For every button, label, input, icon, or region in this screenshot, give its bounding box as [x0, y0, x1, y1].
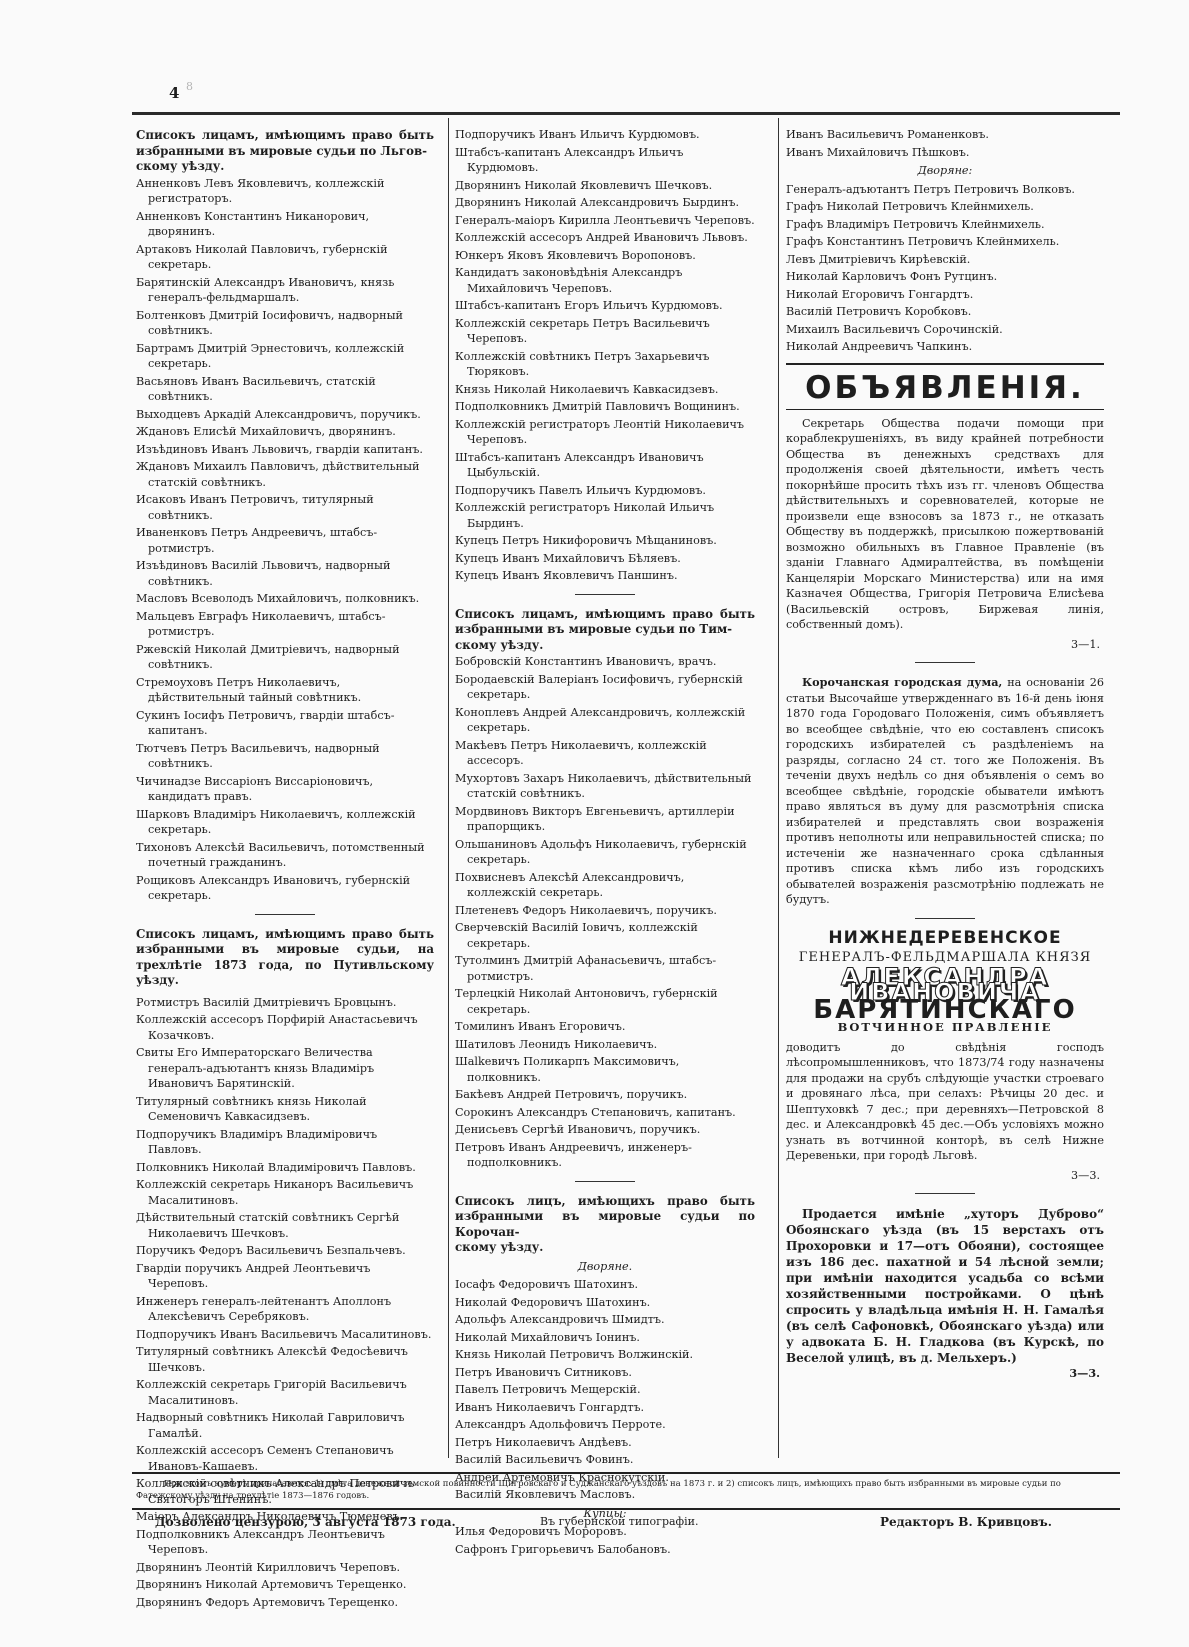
page-mark: 8 — [186, 80, 193, 93]
list-item: Штабсъ-капитанъ Александръ Ильичъ Курдюм… — [455, 145, 755, 176]
list-item: Коллежскій регистраторъ Николай Ильичъ Б… — [455, 500, 755, 531]
list-item: Шаlkевичъ Поликарпъ Максимовичъ, полковн… — [455, 1054, 755, 1085]
list-item: Сорокинъ Александръ Степановичъ, капитан… — [455, 1105, 755, 1121]
list-item: Николай Карловичъ Фонъ Рутцинъ. — [786, 269, 1104, 285]
list-item: Василій Васильевичъ Фовинъ. — [455, 1452, 755, 1468]
section-divider — [575, 1181, 635, 1182]
list-item: Купецъ Иванъ Яковлевичъ Паншинъ. — [455, 568, 755, 584]
list-item: Николай Федоровичъ Шатохинъ. — [455, 1295, 755, 1311]
list-item: Коллежскій ассесоръ Андрей Ивановичъ Льв… — [455, 230, 755, 246]
list-item: Сукинъ Іосифъ Петровичъ, гвардіи штабсъ-… — [136, 708, 434, 739]
list-item: Петровъ Иванъ Андреевичъ, инженеръ-подпо… — [455, 1140, 755, 1171]
list-item: Александръ Адольфовичъ Перроте. — [455, 1417, 755, 1433]
list-item: Петръ Николаевичъ Андѣевъ. — [455, 1435, 755, 1451]
list-item: Тютчевъ Петръ Васильевичъ, надворный сов… — [136, 741, 434, 772]
list-item: Кандидатъ законовѣдѣнія Александръ Михай… — [455, 265, 755, 296]
list-item: Коллежскій совѣтникъ Петръ Захарьевичъ Т… — [455, 349, 755, 380]
list-item: Полковникъ Николай Владиміровичъ Павловъ… — [136, 1160, 434, 1176]
ad-divider — [915, 662, 975, 663]
list-item: Николай Андреевичъ Чапкинъ. — [786, 339, 1104, 355]
list-item: Свиты Его Императорскаго Величества гене… — [136, 1045, 434, 1092]
list-item: Изъѣдиновъ Иванъ Львовичъ, гвардіи капит… — [136, 442, 434, 458]
list-item: Мухортовъ Захаръ Николаевичъ, дѣйствител… — [455, 771, 755, 802]
list-item: Николай Михайловичъ Іонинъ. — [455, 1330, 755, 1346]
list-item: Графъ Константинъ Петровичъ Клейнмихель. — [786, 234, 1104, 250]
list-item: Подпоручикъ Иванъ Васильевичъ Масалитино… — [136, 1327, 434, 1343]
censor-approval: Дозволено цензурою, 3 августа 1873 года. — [155, 1515, 456, 1529]
ad-divider — [915, 918, 975, 919]
list-item: Графъ Владиміръ Петровичъ Клейнмихель. — [786, 217, 1104, 233]
list-item: Сверчевскій Василій Іовичъ, коллежскій с… — [455, 920, 755, 951]
list-item: Тихоновъ Алексѣй Васильевичъ, потомствен… — [136, 840, 434, 871]
list-item: Макѣевъ Петръ Николаевичъ, коллежскій ас… — [455, 738, 755, 769]
nobles-list: Генералъ-адъютантъ Петръ Петровичъ Волко… — [786, 182, 1104, 355]
list-item: Иваненковъ Петръ Андреевичъ, штабсъ-ротм… — [136, 525, 434, 556]
list-item: Купецъ Петръ Никифоровичъ Мѣщаниновъ. — [455, 533, 755, 549]
list-item: Дворянинъ Николай Яковлевичъ Шечковъ. — [455, 178, 755, 194]
list-item: Гвардіи поручикъ Андрей Леонтьевичъ Чере… — [136, 1261, 434, 1292]
column-divider-1 — [448, 118, 449, 1458]
list-item: Похвисневъ Алексѣй Александровичъ, колле… — [455, 870, 755, 901]
list-item: Графъ Николай Петровичъ Клейнмихель. — [786, 199, 1104, 215]
list-item: Дворянинъ Николай Александровичъ Бырдинъ… — [455, 195, 755, 211]
list-item: Бакѣевъ Андрей Петровичъ, поручикъ. — [455, 1087, 755, 1103]
continued-list: Подпоручикъ Иванъ Ильичъ Курдюмовъ.Штабс… — [455, 127, 755, 584]
nobles-subheading: Дворяне: — [786, 163, 1104, 179]
list-item: Тутолминъ Дмитрій Афанасьевичъ, штабсъ-р… — [455, 953, 755, 984]
list-item: Инженеръ генералъ-лейтенантъ Аполлонъ Ал… — [136, 1294, 434, 1325]
list-item: Васьяновъ Иванъ Васильевичъ, статскій со… — [136, 374, 434, 405]
list-item: Шарковъ Владиміръ Николаевичъ, коллежскі… — [136, 807, 434, 838]
list-item: Исаковъ Иванъ Петровичъ, титулярный совѣ… — [136, 492, 434, 523]
list-item: Иванъ Михайловичъ Пѣшковъ. — [786, 145, 1104, 161]
ads-top-rule — [786, 363, 1104, 365]
list-item: Анненковъ Левъ Яковлевичъ, коллежскій ре… — [136, 176, 434, 207]
list-item: Стремоуховъ Петръ Николаевичъ, дѣйствите… — [136, 675, 434, 706]
list-item: Иванъ Николаевичъ Гонгардтъ. — [455, 1400, 755, 1416]
continued-list: Иванъ Васильевичъ Романенковъ.Иванъ Миха… — [786, 127, 1104, 160]
ad-number: 3—1. — [786, 637, 1100, 653]
bleed-through-margin — [1108, 125, 1168, 1125]
list-item: Левъ Дмитріевичъ Кирѣевскій. — [786, 252, 1104, 268]
estate-title-4: БАРЯТИНСКАГО — [786, 1003, 1104, 1019]
list-item: Иванъ Васильевичъ Романенковъ. — [786, 127, 1104, 143]
list-item: Плетеневъ Федоръ Николаевичъ, поручикъ. — [455, 903, 755, 919]
ads-title: ОБЪЯВЛЕНІЯ. — [786, 369, 1104, 407]
list-item: Коллежскій секретарь Никаноръ Васильевич… — [136, 1177, 434, 1208]
list-item: Болтенковъ Дмитрій Іосифовичъ, надворный… — [136, 308, 434, 339]
printing-house: Въ губернской типографіи. — [540, 1515, 699, 1528]
lgov-list-heading: Списокъ лицамъ, имѣющимъ право быть избр… — [136, 128, 434, 175]
list-item: Титулярный совѣтникъ Алексѣй Федосѣевичъ… — [136, 1344, 434, 1375]
ad-number: 3—3. — [786, 1168, 1100, 1184]
list-item: Князь Николай Петровичъ Волжинскій. — [455, 1347, 755, 1363]
column-3: Иванъ Васильевичъ Романенковъ.Иванъ Миха… — [786, 126, 1104, 1384]
list-item: Масловъ Всеволодъ Михайловичъ, полковник… — [136, 591, 434, 607]
list-item: Юнкеръ Яковъ Яковлевичъ Воропоновъ. — [455, 248, 755, 264]
list-item: Денисьевъ Сергѣй Ивановичъ, поручикъ. — [455, 1122, 755, 1138]
list-item: Бартрамъ Дмитрій Эрнестовичъ, коллежскій… — [136, 341, 434, 372]
ad-shipwreck-society: Секретарь Общества подачи помощи при кор… — [786, 416, 1104, 633]
list-item: Барятинскій Александръ Ивановичъ, князь … — [136, 275, 434, 306]
list-item: Ольшаниновъ Адольфъ Николаевичъ, губернс… — [455, 837, 755, 868]
nobles-subheading: Дворяне. — [455, 1259, 755, 1275]
list-item: Выходцевъ Аркадій Александровичъ, поручи… — [136, 407, 434, 423]
list-item: Артаковъ Николай Павловичъ, губернскій с… — [136, 242, 434, 273]
list-item: Титулярный совѣтникъ князь Николай Семен… — [136, 1094, 434, 1125]
list-item: Мордвиновъ Викторъ Евгеньевичъ, артиллер… — [455, 804, 755, 835]
list-item: Ротмистръ Василій Дмитріевичъ Бровцынъ. — [136, 995, 434, 1011]
list-item: Коллежскій секретарь Григорій Васильевич… — [136, 1377, 434, 1408]
list-item: Подпоручикъ Владиміръ Владиміровичъ Павл… — [136, 1127, 434, 1158]
list-item: Князь Николай Николаевичъ Кавкасидзевъ. — [455, 382, 755, 398]
korocha-merchants-list: Илья Федоровичъ Мороровъ.Сафронъ Григорь… — [455, 1524, 755, 1557]
list-item: Шатиловъ Леонидъ Николаевичъ. — [455, 1037, 755, 1053]
column-divider-2 — [778, 118, 779, 1458]
list-item: Василій Петровичъ Коробковъ. — [786, 304, 1104, 320]
list-item: Сафронъ Григорьевичъ Балобановъ. — [455, 1542, 755, 1558]
page-number: 4 — [169, 84, 179, 102]
list-item: Мальцевъ Евграфъ Николаевичъ, штабсъ-рот… — [136, 609, 434, 640]
list-item: Николай Егоровичъ Гонгардтъ. — [786, 287, 1104, 303]
estate-title-1: НИЖНЕДЕРЕВЕНСКОЕ — [786, 931, 1104, 947]
list-item: Надворный совѣтникъ Николай Гавриловичъ … — [136, 1410, 434, 1441]
list-item: Подполковникъ Дмитрій Павловичъ Вощининъ… — [455, 399, 755, 415]
ad-number: 3—3. — [786, 1366, 1100, 1382]
ad-estate-timber: доводитъ до свѣдѣнія господъ лѣсопромышл… — [786, 1040, 1104, 1164]
list-item: Генералъ-адъютантъ Петръ Петровичъ Волко… — [786, 182, 1104, 198]
list-item: Томилинъ Иванъ Егоровичъ. — [455, 1019, 755, 1035]
section-divider — [575, 594, 635, 595]
list-item: Дѣйствительный статскій совѣтникъ Сергѣй… — [136, 1210, 434, 1241]
list-item: Павелъ Петровичъ Мещерскій. — [455, 1382, 755, 1398]
ads-bottom-rule — [786, 409, 1104, 410]
lgov-list: Анненковъ Левъ Яковлевичъ, коллежскій ре… — [136, 176, 434, 904]
list-item: Бородаевскій Валеріанъ Іосифовичъ, губер… — [455, 672, 755, 703]
list-item: Поручикъ Федоръ Васильевичъ Безпальчевъ. — [136, 1243, 434, 1259]
list-item: Бобровскій Константинъ Ивановичъ, врачъ. — [455, 654, 755, 670]
list-item: Изъѣдиновъ Василій Львовичъ, надворный с… — [136, 558, 434, 589]
ad-korocha-duma: Короча­нская городская дума, на основані… — [786, 675, 1104, 908]
list-item: Коллежскій ассесоръ Семенъ Степановичъ И… — [136, 1443, 434, 1474]
list-item: Рощиковъ Александръ Ивановичъ, губернскі… — [136, 873, 434, 904]
list-item: Ржевскій Николай Дмитріевичъ, надворный … — [136, 642, 434, 673]
ad-divider — [915, 1193, 975, 1194]
list-item: Терлецкій Николай Антоновичъ, губернскій… — [455, 986, 755, 1017]
putivl-list-heading: Списокъ лицамъ, имѣющимъ право быть избр… — [136, 927, 434, 989]
list-item: Петръ Ивановичъ Ситниковъ. — [455, 1365, 755, 1381]
list-item: Подполковникъ Александръ Леонтьевичъ Чер… — [136, 1527, 434, 1558]
list-item: Ждановъ Михаилъ Павловичъ, дѣйствительны… — [136, 459, 434, 490]
list-item: Чичинадзе Виссаріонъ Виссаріоновичъ, кан… — [136, 774, 434, 805]
list-item: Дворянинъ Николай Артемовичъ Терещенко. — [136, 1577, 434, 1593]
top-rule — [132, 112, 1120, 115]
ad-estate-sale: Продается имѣніе „хуторъ Дуброво“ Обоянс… — [786, 1206, 1104, 1366]
footer-rule-bottom — [132, 1508, 1120, 1510]
footer-rule-top — [132, 1472, 1120, 1474]
column-1: Списокъ лицамъ, имѣющимъ право быть избр… — [136, 126, 434, 1612]
korocha-list-heading: Списокъ лицъ, имѣющихъ право быть избран… — [455, 1194, 755, 1256]
list-item: Коллежскій регистраторъ Леонтій Николаев… — [455, 417, 755, 448]
list-item: Адольфъ Александровичъ Шмидтъ. — [455, 1312, 755, 1328]
list-item: Штабсъ-капитанъ Егоръ Ильичъ Курдюмовъ. — [455, 298, 755, 314]
list-item: Ждановъ Елисѣй Михайловичъ, дворянинъ. — [136, 424, 434, 440]
list-item: Михаилъ Васильевичъ Сорочинскій. — [786, 322, 1104, 338]
list-item: Купецъ Иванъ Михайловичъ Бѣляевъ. — [455, 551, 755, 567]
section-divider — [255, 914, 315, 915]
list-item: Коноплевъ Андрей Александровичъ, коллежс… — [455, 705, 755, 736]
tim-list-heading: Списокъ лицамъ, имѣющимъ право быть избр… — [455, 607, 755, 654]
column-2: Подпоручикъ Иванъ Ильичъ Курдюмовъ.Штабс… — [455, 126, 755, 1559]
list-item: Дворянинъ Леонтій Кирилловичъ Череповъ. — [136, 1560, 434, 1576]
korocha-nobles-list: Іосафъ Федоровичъ Шатохинъ.Николай Федор… — [455, 1277, 755, 1503]
list-item: Генералъ-маіоръ Кирилла Леонтьевичъ Чере… — [455, 213, 755, 229]
list-item: Подпоручикъ Иванъ Ильичъ Курдюмовъ. — [455, 127, 755, 143]
editor-signature: Редакторъ В. Кривцовъ. — [880, 1515, 1052, 1529]
list-item: Подпоручикъ Павелъ Ильичъ Курдюмовъ. — [455, 483, 755, 499]
list-item: Дворянинъ Федоръ Артемовичъ Терещенко. — [136, 1595, 434, 1611]
list-item: Іосафъ Федоровичъ Шатохинъ. — [455, 1277, 755, 1293]
list-item: Коллежскій ассесоръ Порфирій Анастасьеви… — [136, 1012, 434, 1043]
tim-list: Бобровскій Константинъ Ивановичъ, врачъ.… — [455, 654, 755, 1171]
list-item: Анненковъ Константинъ Никанорович, дворя… — [136, 209, 434, 240]
footnote: При этомъ нумерѣ прилагаются: 1) смѣта д… — [136, 1478, 1116, 1502]
list-item: Коллежскій секретарь Петръ Васильевичъ Ч… — [455, 316, 755, 347]
list-item: Штабсъ-капитанъ Александръ Ивановичъ Цыб… — [455, 450, 755, 481]
